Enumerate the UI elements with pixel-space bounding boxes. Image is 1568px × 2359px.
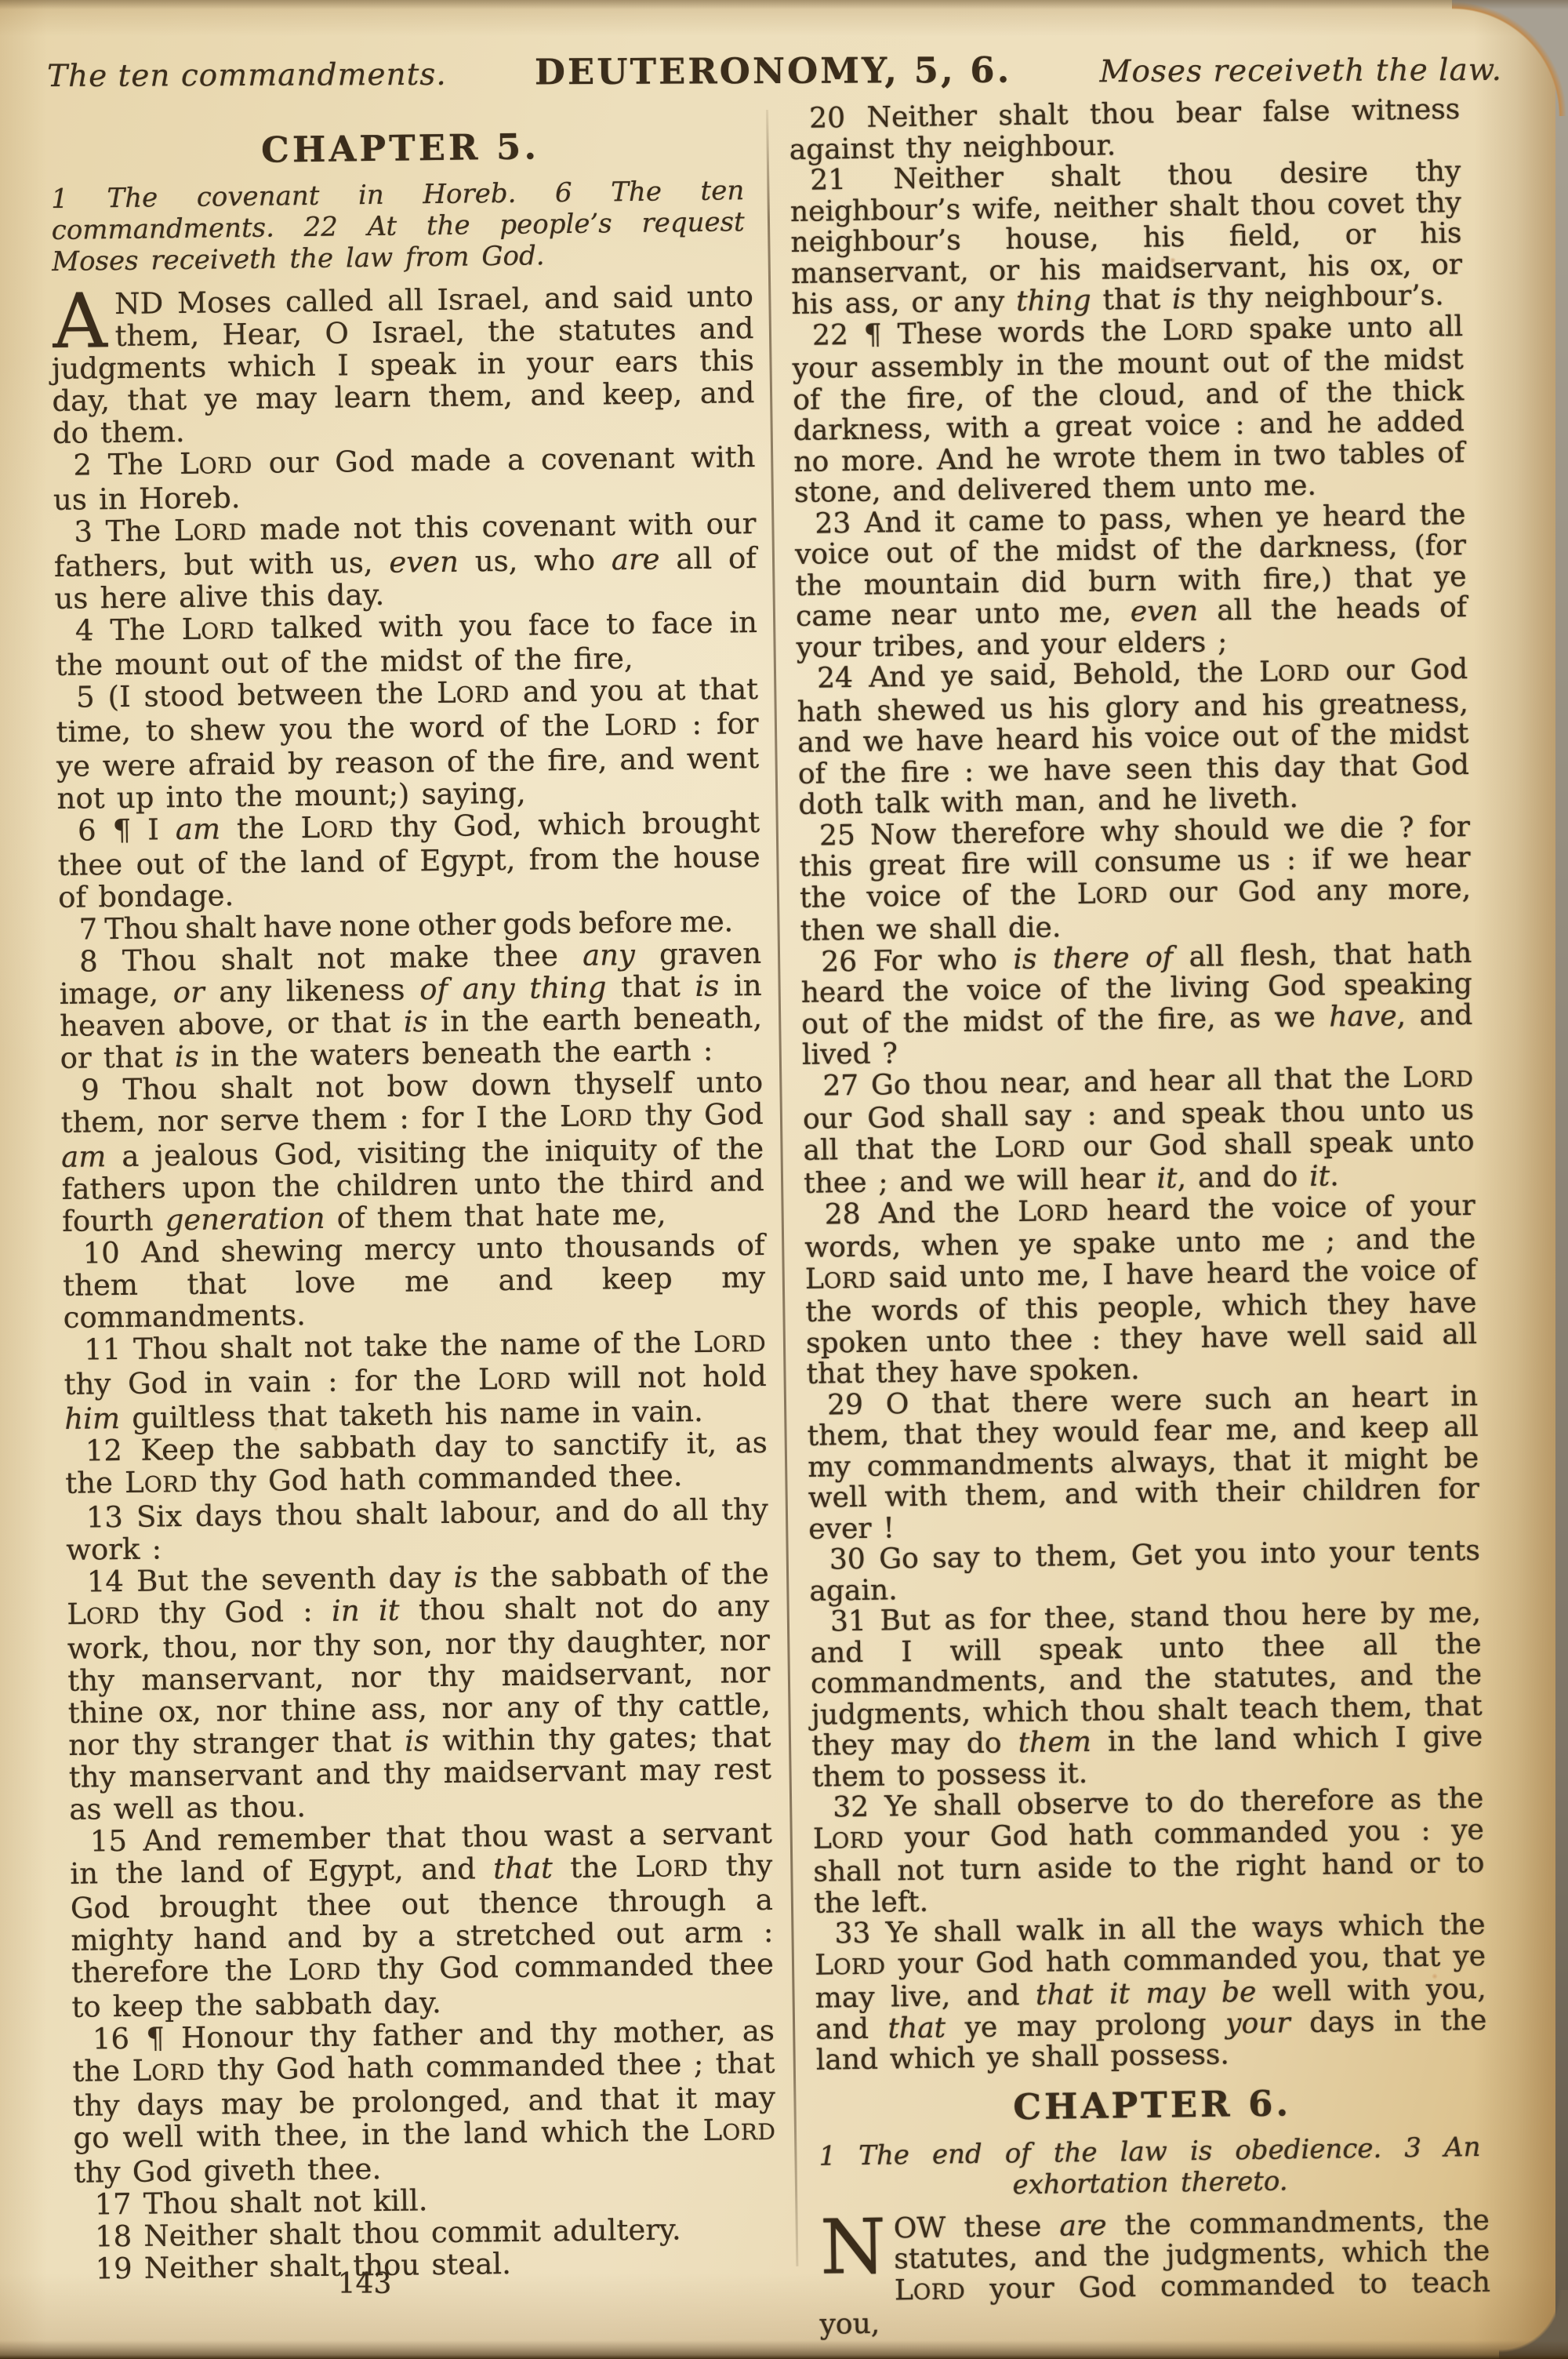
italic-word: it	[1309, 1160, 1330, 1192]
lord-small-caps: LORD	[67, 1597, 140, 1631]
verse-5-13: 13 Six days thou shalt labour, and do al…	[66, 1493, 769, 1566]
italic-word: is	[405, 1724, 429, 1757]
bottom-edge-shadow	[0, 2340, 1568, 2359]
verse-5-10: 10 And shewing mercy unto thousands of t…	[62, 1229, 765, 1334]
running-head-title: DEUTERONOMY, 5, 6.	[535, 49, 1012, 93]
chapter-6-verses: NOW these are the commandments, the stat…	[818, 2205, 1491, 2340]
verse-5-28: 28 And the LORD heard the voice of your …	[804, 1190, 1478, 1390]
italic-word: it	[1156, 1162, 1178, 1194]
verse-5-24: 24 And ye said, Behold, the LORD our God…	[797, 654, 1470, 820]
italic-word: generation	[165, 1201, 325, 1237]
lord-small-caps: LORD	[805, 1262, 877, 1295]
chapter-5-verses-left: AND Moses called all Israel, and said un…	[51, 280, 778, 2285]
lord-small-caps: LORD	[994, 1131, 1065, 1164]
italic-word: in it	[332, 1594, 400, 1628]
lord-small-caps: LORD	[437, 675, 510, 710]
verse-number: 20	[809, 102, 845, 135]
lord-small-caps: LORD	[1403, 1060, 1474, 1093]
page-curl-shadow	[1474, 0, 1568, 2359]
verse-number: 5	[76, 680, 95, 714]
italic-word: them	[1018, 1726, 1091, 1759]
verse-number: 4	[75, 613, 94, 647]
italic-word: are	[612, 543, 660, 577]
bible-page: The ten commandments. DEUTERONOMY, 5, 6.…	[0, 0, 1568, 2359]
verse-5-3: 3 The LORD made not this covenant with o…	[53, 507, 757, 615]
lord-small-caps: LORD	[132, 2053, 205, 2088]
italic-word: that it may be	[1036, 1976, 1257, 2012]
italic-word: is there of	[1013, 941, 1173, 976]
italic-word: even	[389, 545, 459, 580]
verse-number: 2	[73, 448, 92, 482]
verse-number: 9	[81, 1073, 100, 1107]
page-number: 143	[298, 2268, 431, 2300]
lord-small-caps: LORD	[560, 1099, 633, 1133]
right-column: 20 Neither shalt thou bear false witness…	[789, 94, 1491, 2340]
lord-small-caps: LORD	[300, 810, 373, 845]
verse-5-14: 14 But the seventh day is the sabbath of…	[67, 1558, 772, 1826]
verse-number: 27	[822, 1069, 858, 1102]
verse-5-21: 21 Neither shalt thou desire thy neighbo…	[789, 156, 1463, 320]
running-head-left: The ten commandments.	[47, 57, 447, 94]
chapter-6-summary: 1 The end of the law is obedience. 3 An …	[818, 2131, 1481, 2203]
page-edge-backdrop	[1555, 0, 1568, 2359]
left-column: CHAPTER 5. 1 The covenant in Horeb. 6 Th…	[49, 107, 778, 2285]
italic-word: even	[1131, 595, 1199, 628]
chapter-5-summary: 1 The covenant in Horeb. 6 The ten comma…	[51, 175, 745, 278]
lord-small-caps: LORD	[1259, 655, 1330, 688]
verse-number: 17	[94, 2187, 132, 2222]
verse-5-29: 29 O that there were such an heart in th…	[807, 1380, 1480, 1544]
drop-cap: A	[53, 291, 107, 351]
verse-5-33: 33 Ye shall walk in all the ways which t…	[814, 1910, 1487, 2076]
verse-5-1: AND Moses called all Israel, and said un…	[51, 280, 755, 449]
verse-number: 12	[85, 1434, 123, 1468]
italic-word: have	[1329, 1000, 1397, 1033]
chapter-5-verses-right: 20 Neither shalt thou bear false witness…	[789, 94, 1487, 2076]
verse-number: 19	[95, 2252, 132, 2286]
verse-5-25: 25 Now therefore why should we die ? for…	[799, 811, 1472, 947]
lord-small-caps: LORD	[181, 612, 254, 646]
italic-word: your	[1225, 2007, 1290, 2040]
verse-number: 28	[824, 1198, 860, 1230]
italic-word: is	[695, 969, 719, 1003]
verse-5-11: 11 Thou shalt not take the name of the L…	[64, 1325, 768, 1435]
chapter-5-heading: CHAPTER 5.	[49, 123, 752, 174]
italic-word: of any thing	[419, 970, 607, 1006]
lord-small-caps: LORD	[693, 1325, 766, 1359]
italic-word: that	[887, 2012, 946, 2045]
italic-word: thing	[1016, 285, 1091, 318]
italic-word: that	[493, 1851, 553, 1885]
running-head-right: Moses receiveth the law.	[1099, 53, 1502, 89]
italic-word: is	[175, 1040, 199, 1074]
italic-word: am	[176, 812, 221, 846]
verse-number: 8	[79, 944, 98, 978]
verse-number: 3	[74, 514, 93, 548]
lord-small-caps: LORD	[815, 1948, 886, 1981]
verse-number: 11	[84, 1332, 122, 1367]
verse-5-32: 32 Ye shall observe to do therefore as t…	[812, 1783, 1485, 1919]
lord-small-caps: LORD	[174, 513, 247, 547]
lord-small-caps: LORD	[635, 1849, 708, 1884]
italic-word: is	[453, 1560, 477, 1594]
italic-word: is	[404, 1005, 428, 1038]
verse-5-22: 22 ¶ These words the LORD spake unto all…	[792, 311, 1465, 509]
verse-5-9: 9 Thou shalt not bow down thyself unto t…	[60, 1066, 764, 1238]
lord-small-caps: LORD	[895, 2274, 966, 2306]
italic-word: is	[1172, 283, 1196, 315]
verse-5-4: 4 The LORD talked with you face to face …	[55, 606, 758, 682]
verse-5-23: 23 And it came to pass, when ye heard th…	[794, 499, 1468, 663]
verse-number: 31	[830, 1605, 866, 1638]
lord-small-caps: LORD	[125, 1465, 198, 1499]
verse-number: 33	[834, 1917, 870, 1950]
verse-number: 15	[90, 1824, 128, 1859]
lord-small-caps: LORD	[1163, 314, 1234, 347]
lord-small-caps: LORD	[702, 2113, 775, 2147]
verse-5-12: 12 Keep the sabbath day to sanctify it, …	[65, 1427, 768, 1502]
verse-5-2: 2 The LORD our God made a covenant with …	[53, 441, 756, 516]
verse-number: 25	[819, 819, 855, 852]
running-head: The ten commandments. DEUTERONOMY, 5, 6.…	[47, 47, 1502, 95]
verse-5-27: 27 Go thou near, and hear all that the L…	[802, 1061, 1475, 1199]
verse-number: 22	[812, 318, 848, 351]
lord-small-caps: LORD	[1018, 1194, 1089, 1227]
drop-cap: N	[820, 2216, 887, 2277]
lord-small-caps: LORD	[478, 1361, 551, 1396]
verse-number: 14	[87, 1565, 125, 1599]
italic-word: am	[61, 1140, 107, 1174]
verse-number: 30	[829, 1543, 866, 1576]
verse-number: 32	[833, 1791, 869, 1824]
verse-5-6: 6 ¶ I am the LORD thy God, which brought…	[57, 806, 760, 914]
verse-number: 23	[815, 507, 851, 540]
italic-word: him	[64, 1401, 120, 1436]
lord-small-caps: LORD	[813, 1822, 884, 1855]
italic-word: any	[583, 938, 635, 972]
verse-5-26: 26 For who is there of all flesh, that h…	[800, 937, 1473, 1070]
verse-number: 16	[93, 2022, 130, 2056]
verse-5-31: 31 But as for thee, stand thou here by m…	[810, 1598, 1483, 1793]
verse-number: 18	[95, 2219, 132, 2254]
verse-6-1: NOW these are the commandments, the stat…	[818, 2205, 1491, 2340]
verse-5-5: 5 (I stood between the LORD and you at t…	[56, 673, 760, 815]
verse-number: 10	[82, 1236, 120, 1270]
verse-5-20: 20 Neither shalt thou bear false witness…	[789, 94, 1461, 165]
lord-small-caps: LORD	[1076, 877, 1148, 910]
verse-number: 6	[78, 813, 96, 847]
verse-number: 13	[86, 1500, 124, 1535]
verse-5-8: 8 Thou shalt not make thee any graven im…	[59, 937, 763, 1074]
chapter-6-heading: CHAPTER 6.	[816, 2079, 1488, 2131]
verse-5-15: 15 And remember that thou wast a servant…	[70, 1817, 775, 2023]
verse-number: 21	[810, 164, 846, 197]
lord-small-caps: LORD	[288, 1952, 361, 1986]
verse-5-30: 30 Go say to them, Get you into your ten…	[809, 1536, 1481, 1607]
top-edge-shadow	[0, 0, 1568, 9]
verse-number: 26	[821, 945, 857, 978]
verse-5-16: 16 ¶ Honour thy father and thy mother, a…	[72, 2015, 777, 2189]
lord-small-caps: LORD	[604, 707, 677, 742]
verse-number: 24	[817, 662, 853, 695]
italic-word: or	[172, 976, 204, 1009]
verse-number: 7	[78, 912, 97, 946]
lord-small-caps: LORD	[180, 446, 252, 481]
rounded-corner-bottom-right	[1499, 2290, 1568, 2359]
verse-number: 29	[827, 1388, 863, 1421]
italic-word: are	[1059, 2209, 1107, 2242]
